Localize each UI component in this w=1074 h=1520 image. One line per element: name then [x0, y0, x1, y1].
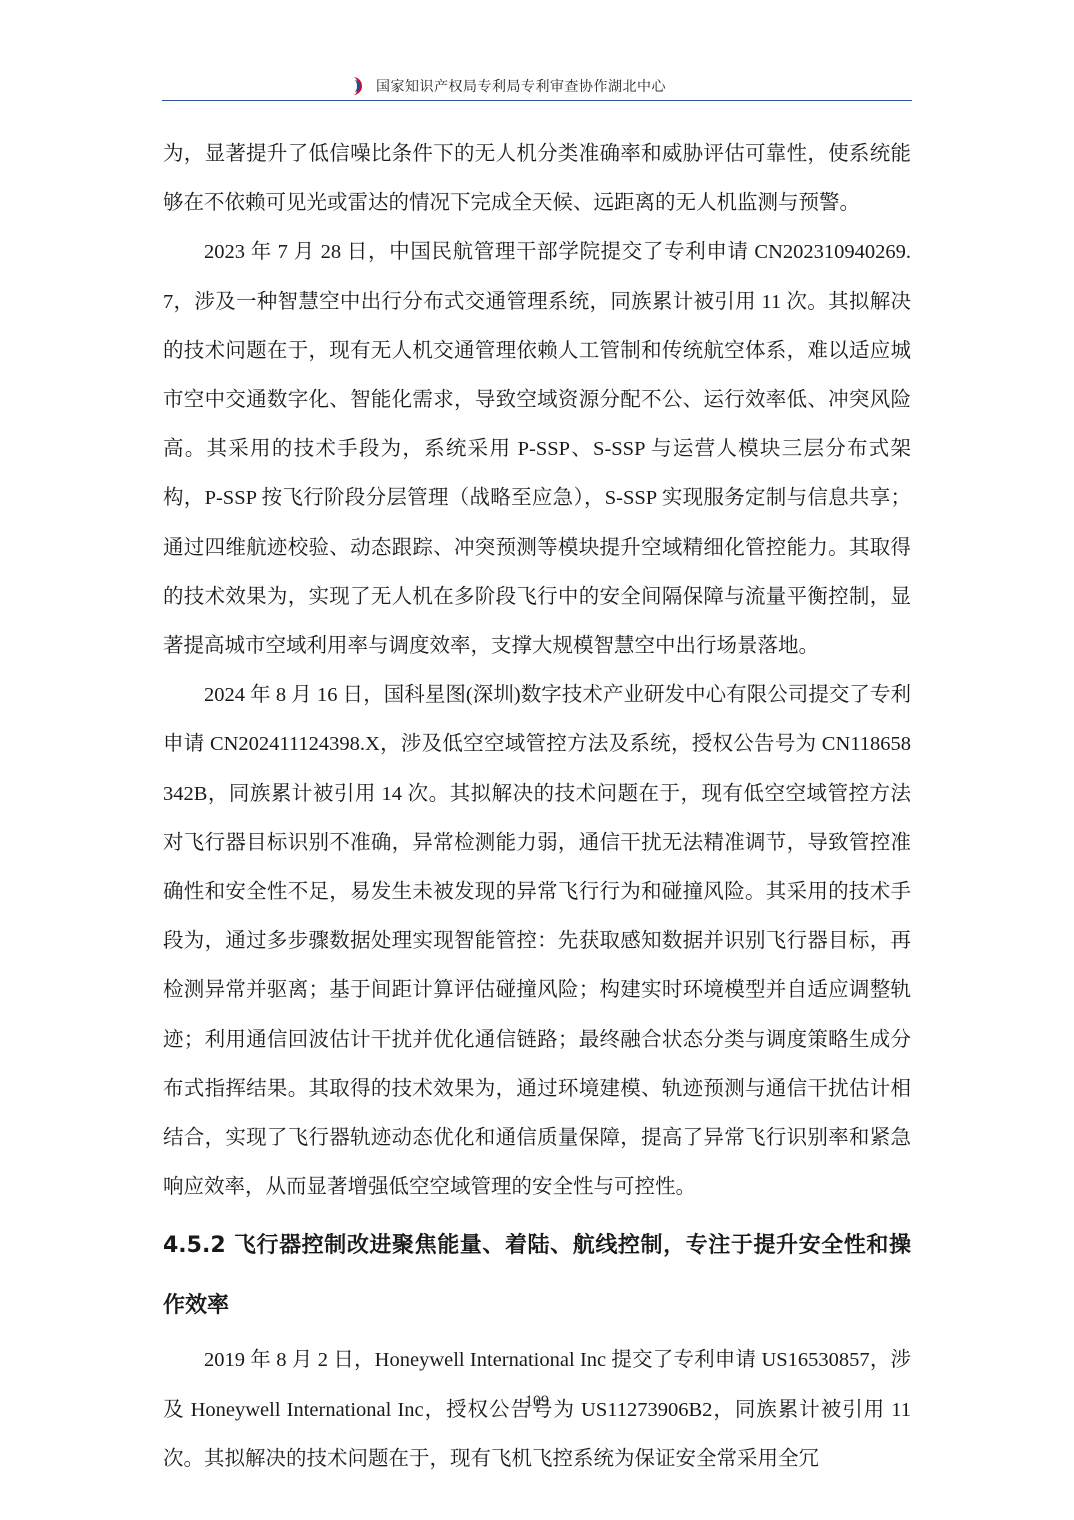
document-body: 为，显著提升了低信噪比条件下的无人机分类准确率和威胁评估可靠性，使系统能够在不依…	[163, 130, 911, 1484]
cnipa-logo-icon	[348, 76, 362, 96]
section-heading-4-5-2: 4.5.2 飞行器控制改进聚焦能量、着陆、航线控制，专注于提升安全性和操作效率	[163, 1212, 911, 1336]
header-divider	[162, 100, 912, 101]
page-header: 国家知识产权局专利局专利审查协作湖北中心	[162, 74, 912, 100]
page-number: 109	[0, 1393, 1074, 1411]
paragraph-cn202310940269: 2023 年 7 月 28 日，中国民航管理干部学院提交了专利申请 CN2023…	[163, 228, 911, 671]
paragraph-cn202411124398: 2024 年 8 月 16 日，国科星图(深圳)数字技术产业研发中心有限公司提交…	[163, 671, 911, 1212]
header-inner: 国家知识产权局专利局专利审查协作湖北中心	[348, 76, 666, 96]
header-title: 国家知识产权局专利局专利审查协作湖北中心	[376, 76, 666, 96]
paragraph-continuation: 为，显著提升了低信噪比条件下的无人机分类准确率和威胁评估可靠性，使系统能够在不依…	[163, 130, 911, 228]
